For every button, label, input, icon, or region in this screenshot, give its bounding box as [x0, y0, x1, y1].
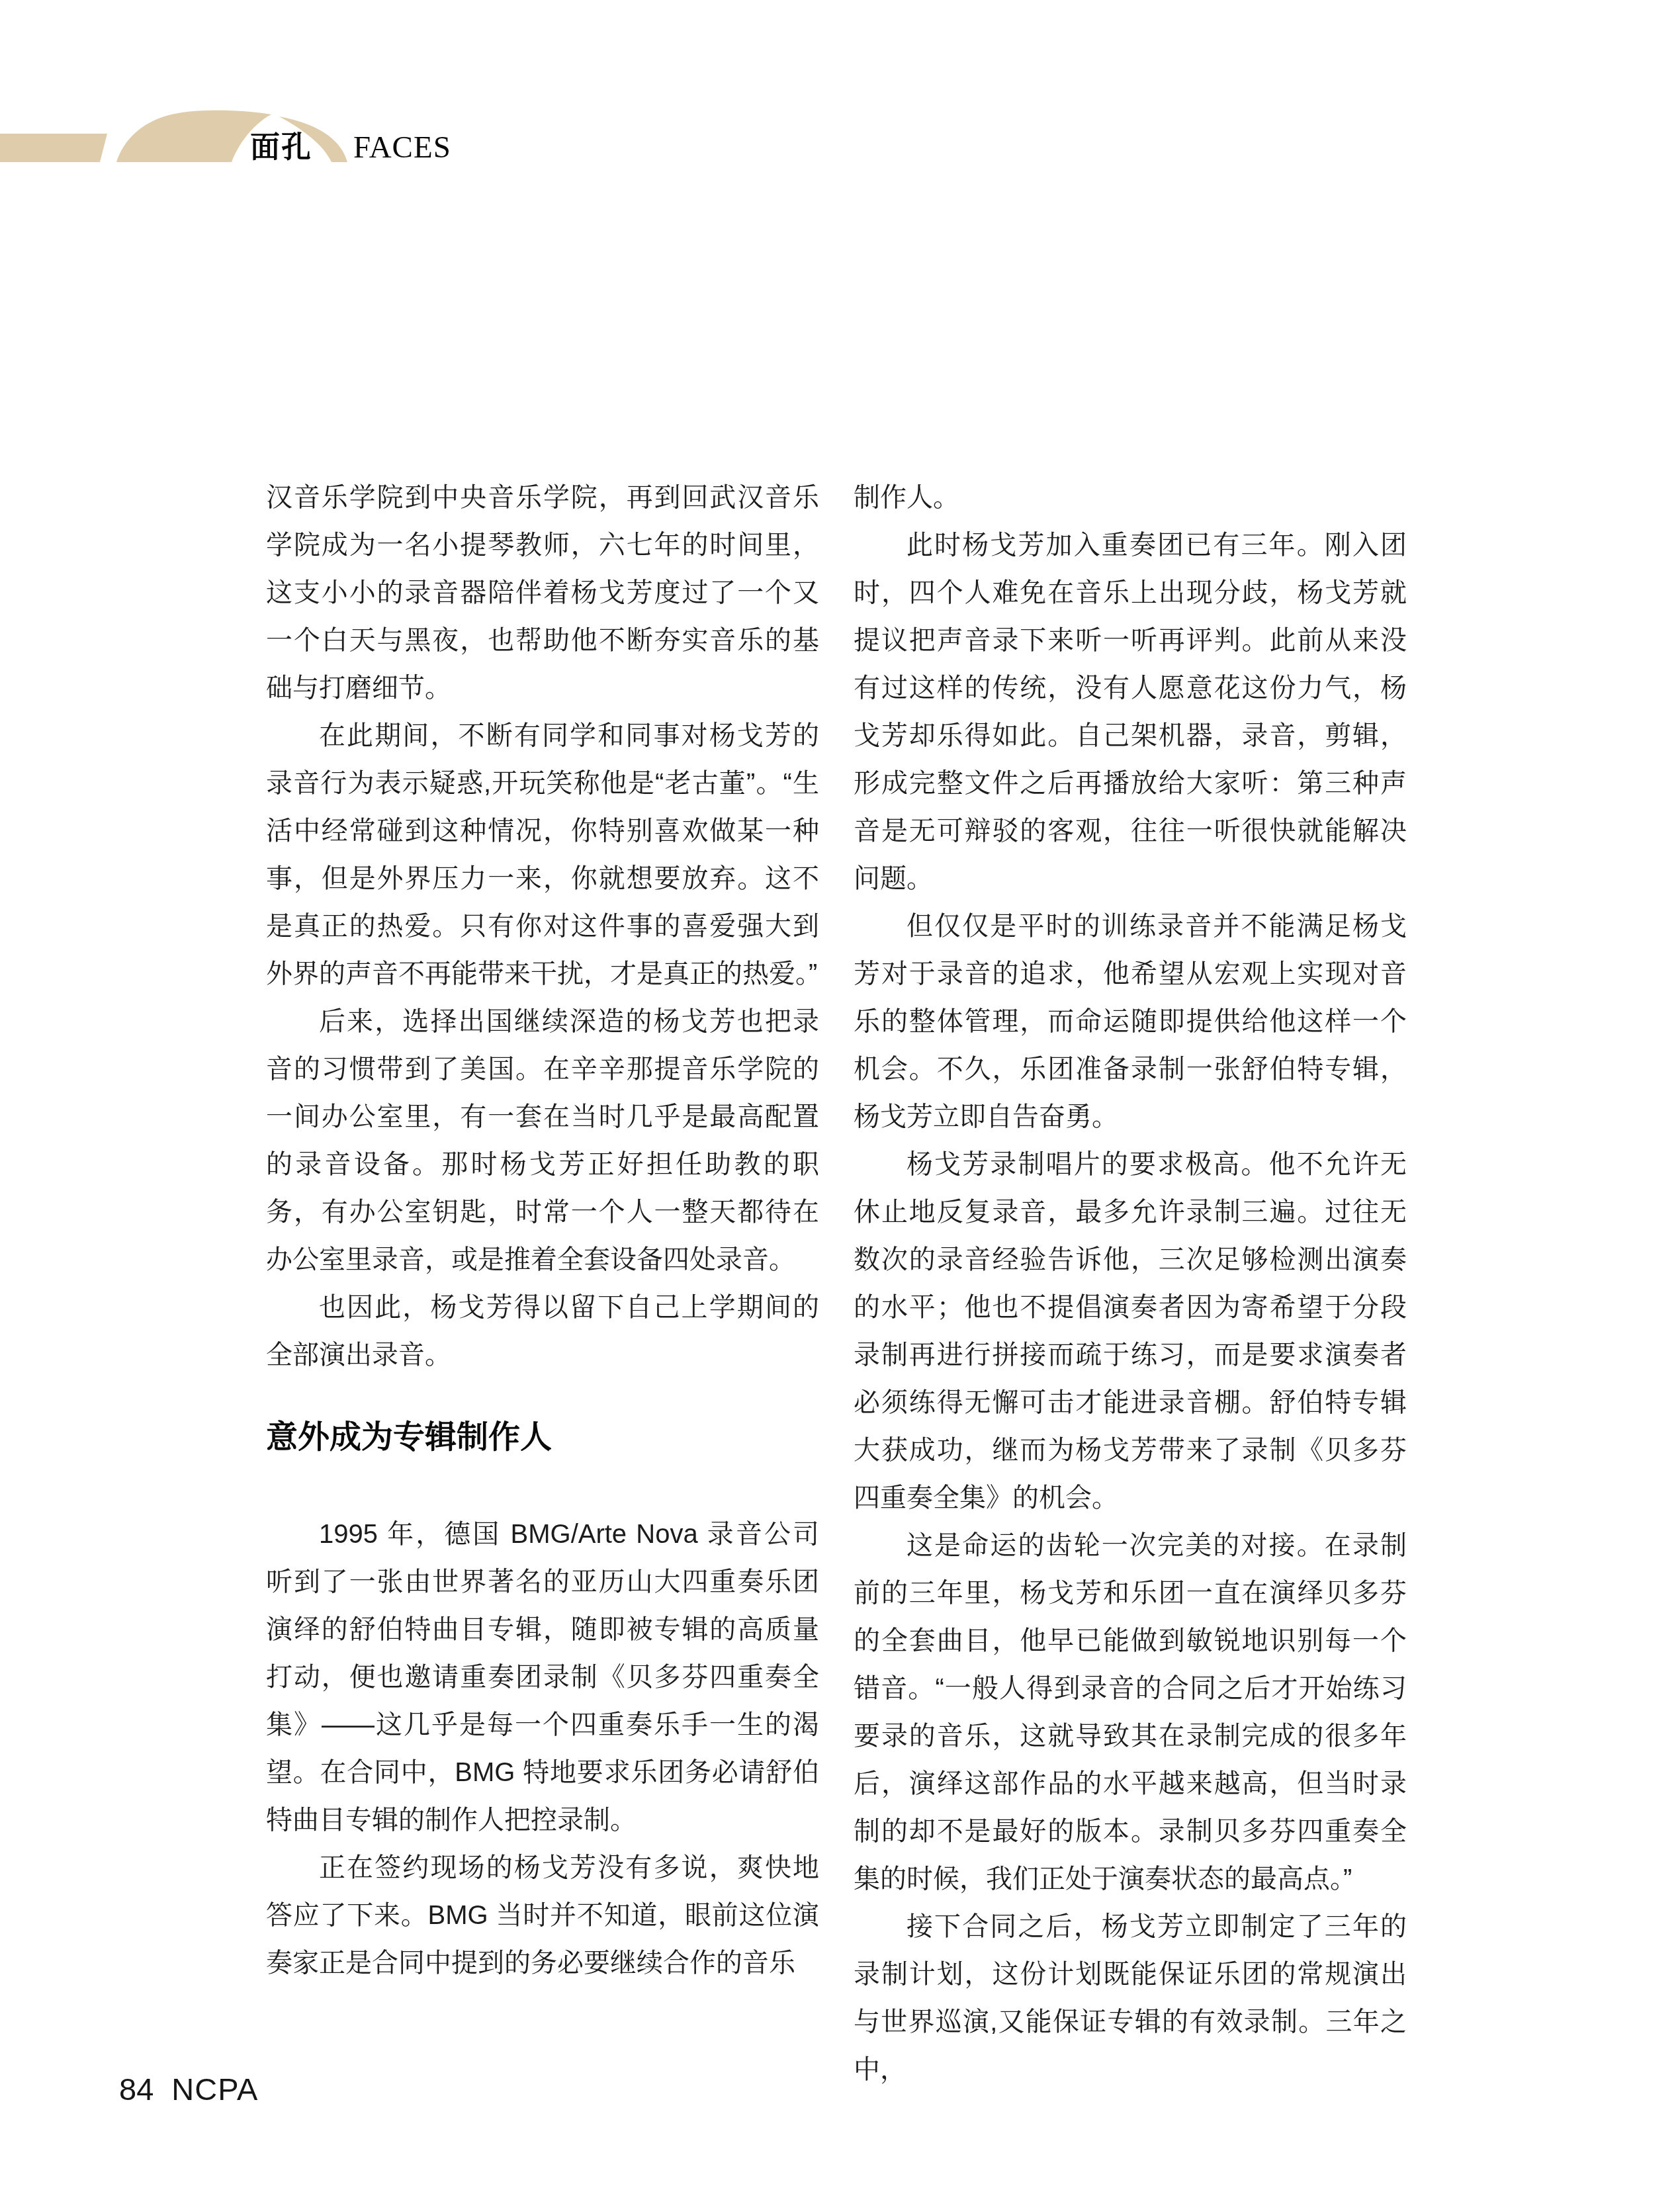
article-paragraph: 此时杨戈芳加入重奏团已有三年。刚入团时，四个人难免在音乐上出现分歧，杨戈芳就提议… — [854, 521, 1407, 902]
article-paragraph: 但仅仅是平时的训练录音并不能满足杨戈芳对于录音的追求，他希望从宏观上实现对音乐的… — [854, 902, 1407, 1141]
article-paragraph: 这是命运的齿轮一次完美的对接。在录制前的三年里，杨戈芳和乐团一直在演绎贝多芬的全… — [854, 1522, 1407, 1903]
page-number: 84 — [119, 2072, 154, 2107]
section-title-english: FACES — [353, 132, 451, 163]
article-column-left: 汉音乐学院到中央音乐学院，再到回武汉音乐学院成为一名小提琴教师，六七年的时间里，… — [266, 474, 819, 1987]
article-paragraph: 1995 年，德国 BMG/Arte Nova 录音公司听到了一张由世界著名的亚… — [266, 1510, 819, 1844]
article-paragraph: 汉音乐学院到中央音乐学院，再到回武汉音乐学院成为一名小提琴教师，六七年的时间里，… — [266, 474, 819, 712]
publication-code: NCPA — [171, 2072, 258, 2107]
swoosh-bar-shape — [0, 134, 107, 162]
article-paragraph: 杨戈芳录制唱片的要求极高。他不允许无休止地反复录音，最多允许录制三遍。过往无数次… — [854, 1141, 1407, 1522]
magazine-page: 面孔 FACES 汉音乐学院到中央音乐学院，再到回武汉音乐学院成为一名小提琴教师… — [0, 0, 1680, 2188]
article-paragraph: 也因此，杨戈芳得以留下自己上学期间的全部演出录音。 — [266, 1284, 819, 1379]
article-paragraph: 正在签约现场的杨戈芳没有多说，爽快地答应了下来。BMG 当时并不知道，眼前这位演… — [266, 1844, 819, 1987]
article-paragraph: 在此期间，不断有同学和同事对杨戈芳的录音行为表示疑惑,开玩笑称他是“老古董”。“… — [266, 712, 819, 998]
article-paragraph: 制作人。 — [854, 474, 1407, 521]
article-paragraph: 后来，选择出国继续深造的杨戈芳也把录音的习惯带到了美国。在辛辛那提音乐学院的一间… — [266, 998, 819, 1284]
page-footer: 84NCPA — [119, 2074, 258, 2105]
article-paragraph: 接下合同之后，杨戈芳立即制定了三年的录制计划，这份计划既能保证乐团的常规演出与世… — [854, 1903, 1407, 2093]
article-column-right: 制作人。此时杨戈芳加入重奏团已有三年。刚入团时，四个人难免在音乐上出现分歧，杨戈… — [854, 474, 1407, 2093]
section-heading: 意外成为专辑制作人 — [266, 1414, 819, 1462]
swoosh-fin-shape — [116, 110, 271, 162]
section-title-chinese: 面孔 — [250, 132, 312, 163]
